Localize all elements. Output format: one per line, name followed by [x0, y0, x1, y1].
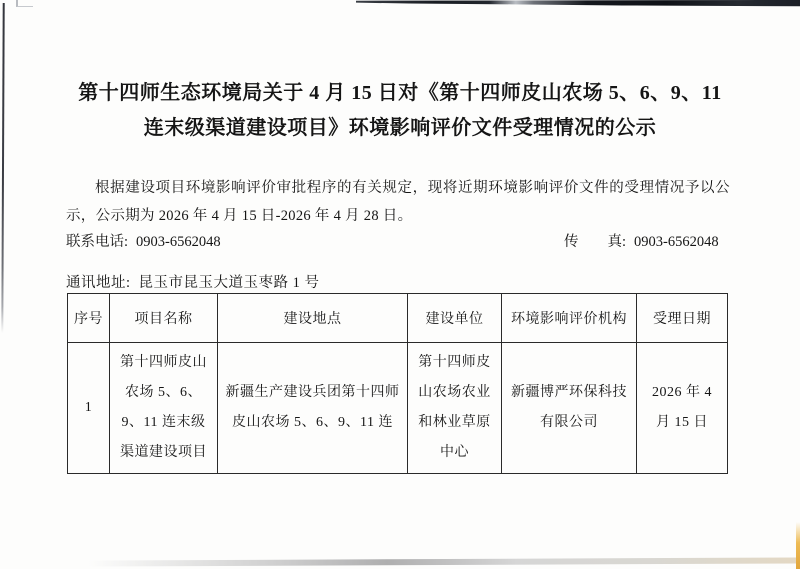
cell-owner: 第十四师皮山农场农业和林业草原中心 — [408, 343, 502, 474]
cell-location: 新疆生产建设兵团第十四师皮山农场 5、6、9、11 连 — [218, 343, 408, 474]
cell-agency: 新疆博严环保科技有限公司 — [502, 343, 637, 474]
fax-label: 传 真: — [564, 234, 626, 250]
cell-seq: 1 — [68, 343, 110, 474]
phone-number: 0903-6562048 — [136, 234, 221, 250]
col-header-owner: 建设单位 — [408, 294, 502, 343]
table-header-row: 序号 项目名称 建设地点 建设单位 环境影响评价机构 受理日期 — [68, 294, 728, 343]
address-label: 通讯地址: — [66, 275, 131, 291]
notice-title: 第十四师生态环境局关于 4 月 15 日对《第十四师皮山农场 5、6、9、11 … — [55, 76, 745, 146]
col-header-date: 受理日期 — [637, 294, 728, 343]
col-header-agency: 环境影响评价机构 — [502, 294, 637, 343]
col-header-seq: 序号 — [68, 294, 110, 343]
acceptance-table: 序号 项目名称 建设地点 建设单位 环境影响评价机构 受理日期 1 第十四师皮山… — [67, 293, 728, 474]
address-line: 通讯地址:昆玉市昆玉大道玉枣路 1 号 — [66, 271, 730, 292]
cell-project: 第十四师皮山农场 5、6、9、11 连末级渠道建设项目 — [110, 343, 218, 474]
col-header-location: 建设地点 — [218, 294, 408, 343]
scan-artifact-bottom-shadow — [88, 557, 800, 566]
notice-title-line2: 连末级渠道建设项目》环境影响评价文件受理情况的公示 — [55, 111, 745, 146]
scan-artifact-left-line — [1, 3, 4, 333]
scan-artifact-right-yellow-strip — [796, 522, 800, 569]
scanned-page: 第十四师生态环境局关于 4 月 15 日对《第十四师皮山农场 5、6、9、11 … — [0, 0, 800, 569]
notice-title-line1: 第十四师生态环境局关于 4 月 15 日对《第十四师皮山农场 5、6、9、11 — [55, 76, 745, 111]
intro-paragraph: 根据建设项目环境影响评价审批程序的有关规定，现将近期环境影响评价文件的受理情况予… — [66, 175, 730, 230]
cell-date: 2026 年 4 月 15 日 — [637, 343, 728, 474]
phone-label: 联系电话: — [66, 234, 128, 250]
contact-line: 联系电话:0903-6562048 传 真:0903-6562048 — [66, 230, 730, 251]
table-row: 1 第十四师皮山农场 5、6、9、11 连末级渠道建设项目 新疆生产建设兵团第十… — [68, 343, 728, 474]
fax-group: 传 真:0903-6562048 — [564, 230, 719, 251]
fax-number: 0903-6562048 — [634, 234, 719, 250]
scan-artifact-top-band — [356, 0, 800, 7]
col-header-project: 项目名称 — [110, 294, 218, 343]
address-value: 昆玉市昆玉大道玉枣路 1 号 — [139, 275, 320, 291]
scan-artifact-topleft-mark — [16, 0, 33, 7]
